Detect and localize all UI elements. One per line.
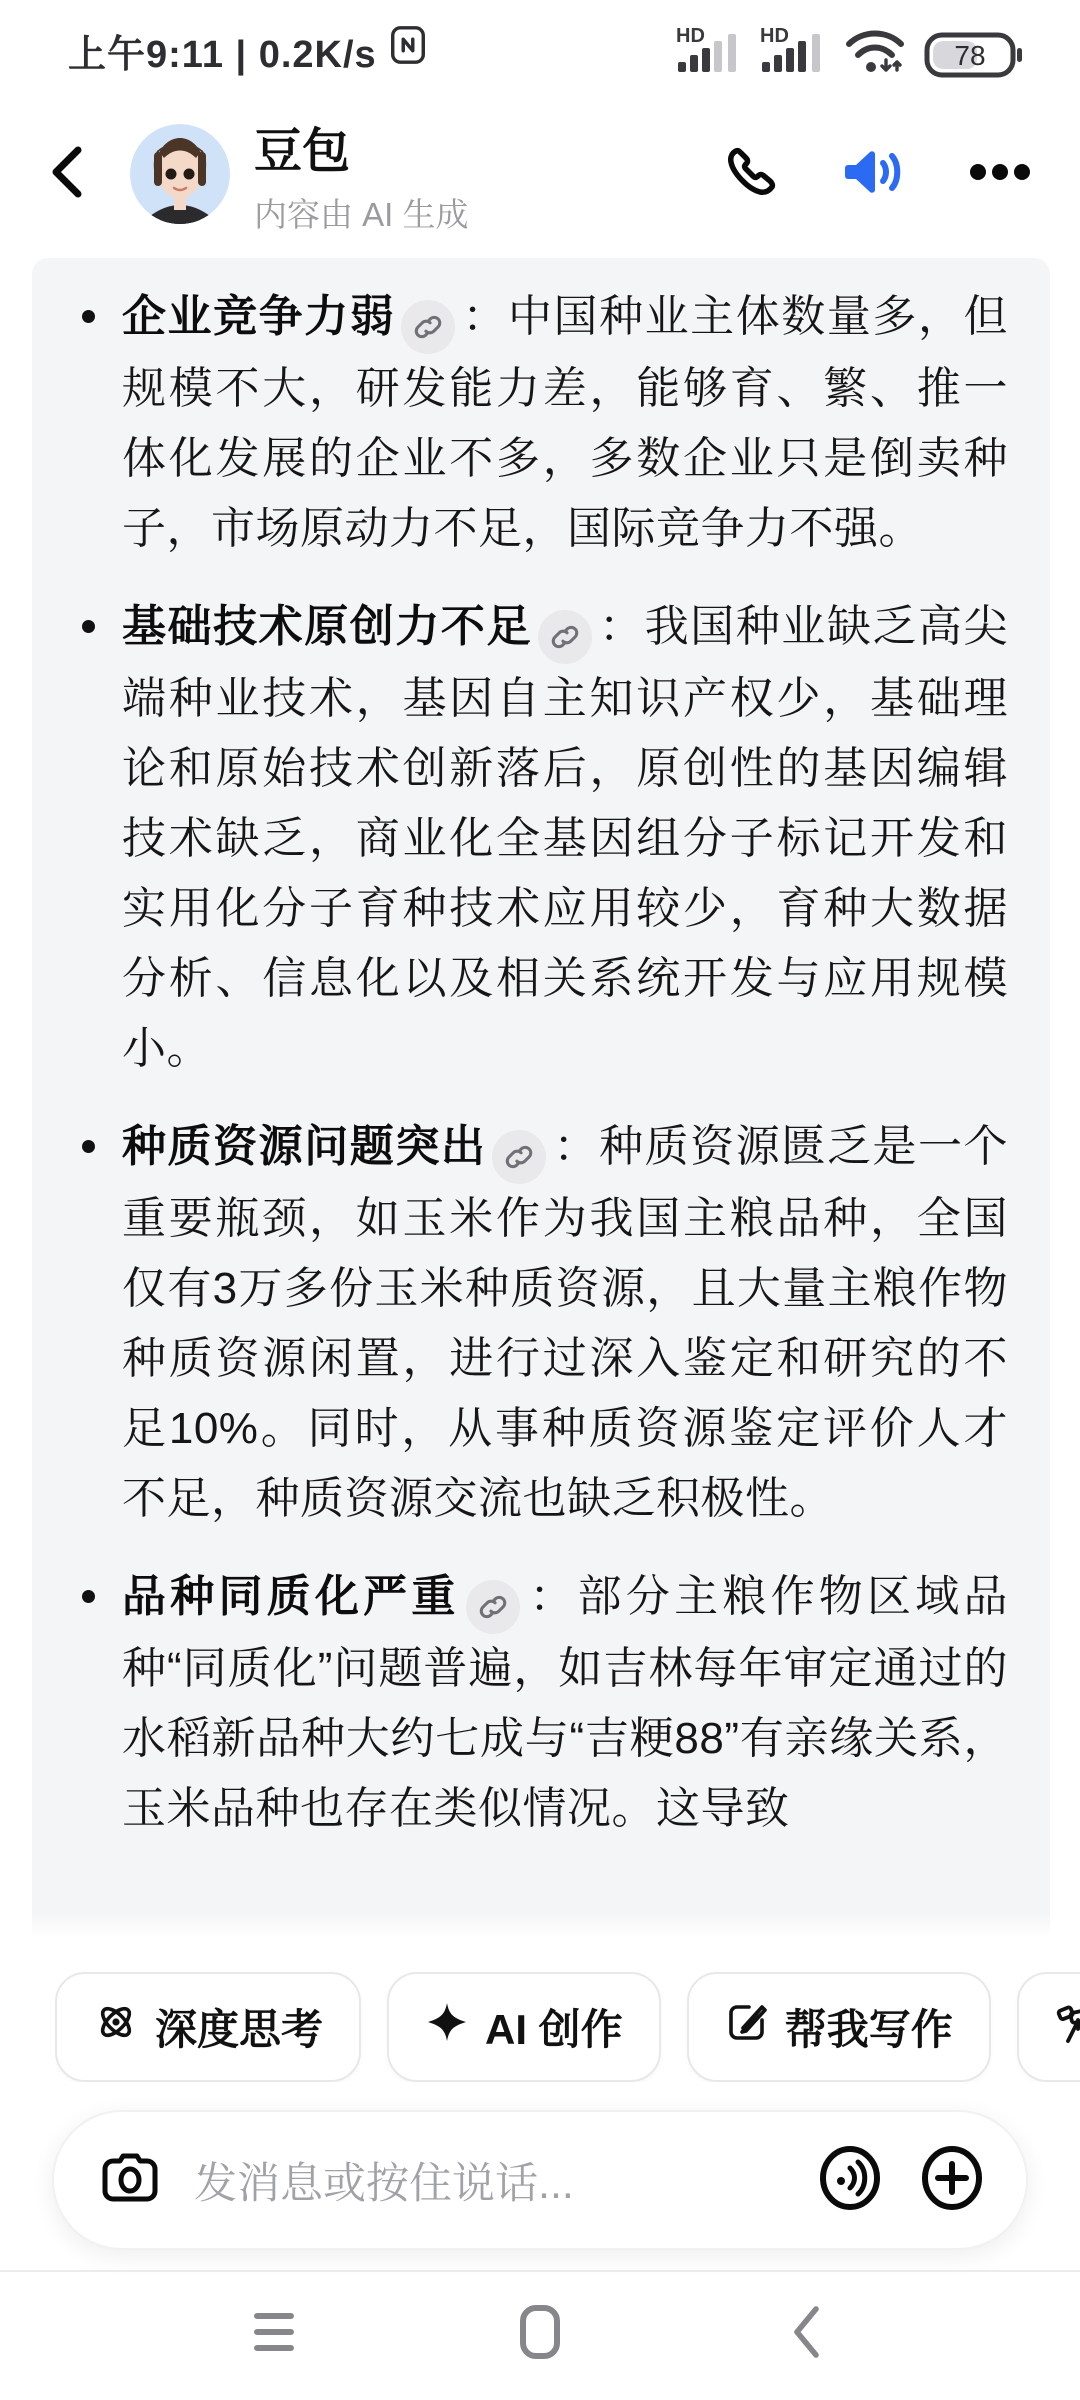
bullet-heading: 企业竞争力弱 <box>122 292 395 341</box>
link-icon[interactable] <box>492 1130 546 1184</box>
phone-call-icon[interactable] <box>722 143 780 206</box>
bottom-panel: 深度思考 AI 创作 帮我写作 <box>0 1938 1080 2400</box>
home-pill-icon[interactable] <box>505 2297 575 2367</box>
list-item: 品种同质化严重：部分主粮作物区域品种“同质化”问题普遍，如吉林每年审定通过的水稻… <box>66 1562 1008 1844</box>
contact-name: 豆包 <box>254 112 469 181</box>
message-input-bar[interactable]: 发消息或按住说话... <box>52 2110 1028 2250</box>
ai-generated-disclaimer: 内容由 AI 生成 <box>254 189 469 236</box>
more-options-icon[interactable] <box>968 162 1032 187</box>
status-time-netspeed: 上午9:11 | 0.2K/s <box>68 23 429 78</box>
chat-header: 豆包 内容由 AI 生成 <box>0 90 1080 258</box>
system-nav-bar <box>0 2282 1080 2382</box>
bullet-heading: 基础技术原创力不足 <box>122 602 532 651</box>
signal-hd-icon-2: HD <box>760 22 826 79</box>
speaker-icon[interactable] <box>842 143 906 206</box>
chip-deep-research[interactable]: 深入研究 <box>1017 1972 1080 2082</box>
chip-label: AI 创作 <box>485 1997 623 2057</box>
bullet-body: ：我国种业缺乏高尖端种业技术，基因自主知识产权少，基础理论和原始技术创新落后，原… <box>122 602 1008 1073</box>
back-nav-icon[interactable] <box>771 2297 841 2367</box>
status-bar: 上午9:11 | 0.2K/s HD <box>0 0 1080 90</box>
ai-message-card: 企业竞争力弱：中国种业主体数量多，但规模不大，研发能力差，能够育、繁、推一体化发… <box>32 258 1050 1938</box>
avatar[interactable] <box>130 124 230 224</box>
battery-percent-svg: 78 <box>954 40 985 71</box>
time-text: 上午9:11 | 0.2K/s <box>68 23 377 78</box>
link-icon[interactable] <box>538 610 592 664</box>
list-item: 企业竞争力弱：中国种业主体数量多，但规模不大，研发能力差，能够育、繁、推一体化发… <box>66 282 1008 564</box>
link-icon[interactable] <box>466 1580 520 1634</box>
chip-deep-thinking[interactable]: 深度思考 <box>55 1972 361 2082</box>
bullet-heading: 品种同质化严重 <box>122 1572 460 1621</box>
back-icon[interactable] <box>44 144 90 205</box>
chip-ai-create[interactable]: AI 创作 <box>387 1972 661 2082</box>
camera-icon[interactable] <box>100 2151 160 2210</box>
quick-action-row: 深度思考 AI 创作 帮我写作 <box>55 1972 1080 2082</box>
chip-label: 深度思考 <box>155 1997 323 2057</box>
recents-menu-icon[interactable] <box>239 2297 309 2367</box>
battery-icon: 78 <box>924 31 1024 79</box>
message-input[interactable]: 发消息或按住说话... <box>194 2150 816 2211</box>
nav-divider <box>0 2270 1080 2272</box>
bullet-heading: 种质资源问题突出 <box>122 1122 486 1171</box>
doubao-chat-screen: 上午9:11 | 0.2K/s HD <box>0 0 1080 2400</box>
signal-hd-icon-1: HD <box>676 22 742 79</box>
bullet-list: 企业竞争力弱：中国种业主体数量多，但规模不大，研发能力差，能够育、繁、推一体化发… <box>66 282 1008 1844</box>
wifi-icon <box>844 22 906 79</box>
fade-overlay <box>0 1912 1080 1938</box>
sparkle-icon <box>425 2000 469 2054</box>
telescope-icon <box>1055 1999 1080 2055</box>
chip-help-write[interactable]: 帮我写作 <box>687 1972 991 2082</box>
bullet-body: ：种质资源匮乏是一个重要瓶颈，如玉米作为我国主粮品种，全国仅有3万多份玉米种质资… <box>122 1122 1008 1523</box>
svg-text:HD: HD <box>760 25 789 47</box>
link-icon[interactable] <box>401 300 455 354</box>
list-item: 基础技术原创力不足：我国种业缺乏高尖端种业技术，基因自主知识产权少，基础理论和原… <box>66 592 1008 1084</box>
atom-icon <box>93 1999 139 2055</box>
svg-text:HD: HD <box>676 25 705 47</box>
plus-icon[interactable] <box>918 2144 986 2217</box>
list-item: 种质资源问题突出：种质资源匮乏是一个重要瓶颈，如玉米作为我国主粮品种，全国仅有3… <box>66 1112 1008 1534</box>
compose-icon <box>725 2000 769 2054</box>
data-saver-icon <box>387 24 429 76</box>
chip-label: 帮我写作 <box>785 1997 953 2057</box>
voice-wave-icon[interactable] <box>816 2144 884 2217</box>
